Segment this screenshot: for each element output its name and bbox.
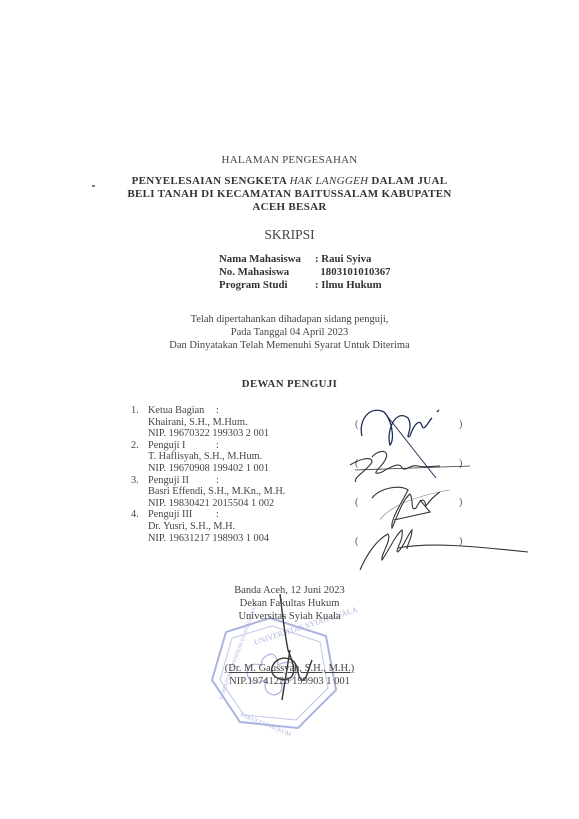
signature-examiner-1 [361, 410, 439, 445]
dean-position: Dekan Fakultas Hukum [0, 597, 579, 610]
signature-examiner-2 [350, 451, 440, 482]
dean-name: (Dr. M. Gaussyah, S.H., M.H.) [0, 662, 579, 675]
institution-name: Universitas Syiah Kuala [0, 610, 579, 623]
signature-examiner-4 [360, 530, 528, 570]
approval-block: Banda Aceh, 12 Juni 2023 Dekan Fakultas … [0, 584, 579, 688]
stamp-bottom-text: FAKULTAS HUKUM [239, 712, 292, 738]
place-date: Banda Aceh, 12 Juni 2023 [0, 584, 579, 597]
signatures-and-stamp-layer: UNIVERSITAS SYIAH KUALA KEMENTERIAN PEND… [0, 0, 579, 819]
dean-nip: NIP.19741220 199903 1 001 [0, 675, 579, 688]
signature-examiner-3 [372, 487, 440, 528]
